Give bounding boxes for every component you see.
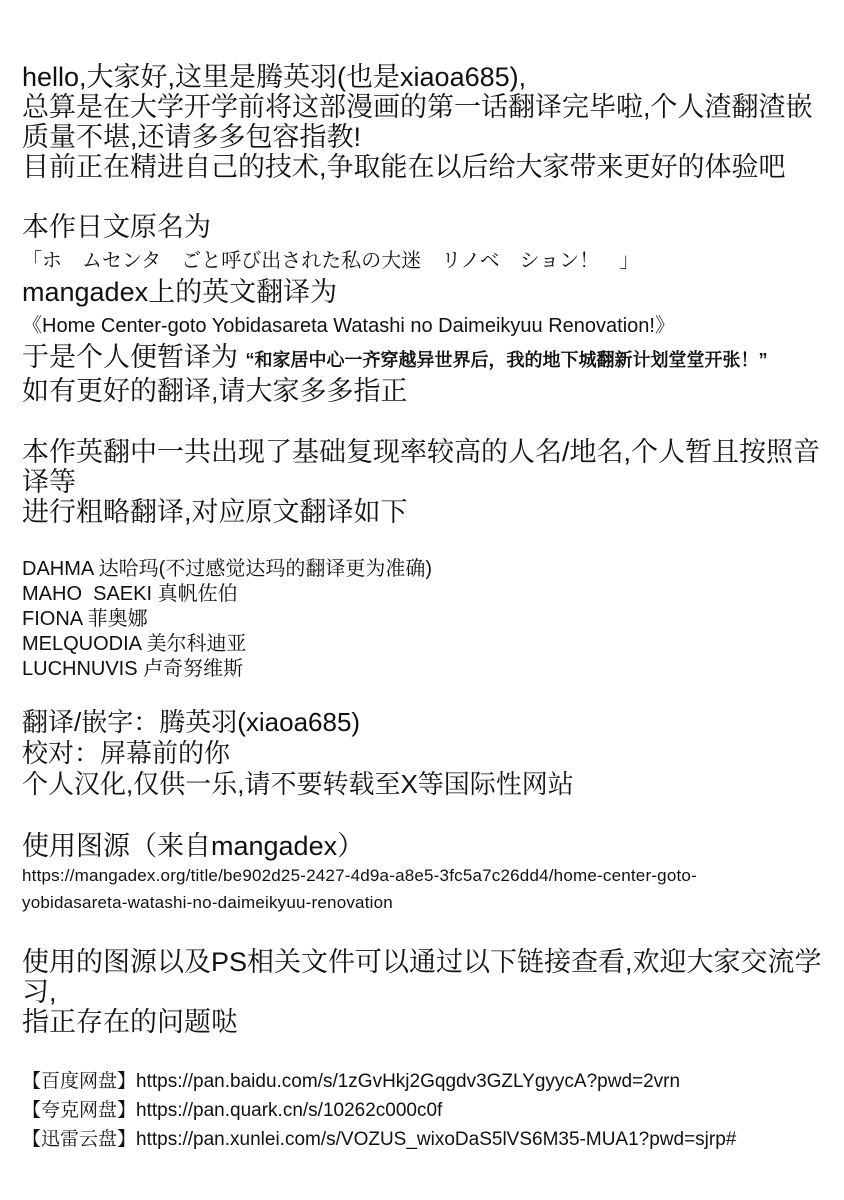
name-entry: MAHO SAEKI 真帆佐伯 bbox=[22, 582, 826, 607]
mangadex-url-line1: https://mangadex.org/title/be902d25-2427… bbox=[22, 862, 826, 889]
share-link-baidu: 【百度网盘】https://pan.baidu.com/s/1zGvHkj2Gq… bbox=[22, 1067, 826, 1096]
share-intro-line: 使用的图源以及PS相关文件可以通过以下链接查看,欢迎大家交流学习, bbox=[22, 947, 826, 1007]
cn-title: “和家居中心一齐穿越异世界后，我的地下城翻新计划堂堂开张！” bbox=[246, 350, 768, 370]
names-list: DAHMA 达哈玛(不过感觉达玛的翻译更为准确) MAHO SAEKI 真帆佐伯… bbox=[22, 557, 826, 682]
original-title-section: 本作日文原名为 「ホ ムセンタ ごと呼び出された私の大迷 リノベ ション！ 」 … bbox=[22, 212, 826, 407]
image-source-section: 使用图源（来自mangadex） https://mangadex.org/ti… bbox=[22, 831, 826, 916]
share-link-url: https://pan.baidu.com/s/1zGvHkj2Gqgdv3GZ… bbox=[136, 1071, 680, 1092]
image-source-label: 使用图源（来自mangadex） bbox=[22, 831, 826, 862]
share-link-label: 【百度网盘】 bbox=[22, 1071, 136, 1092]
share-section: 使用的图源以及PS相关文件可以通过以下链接查看,欢迎大家交流学习, 指正存在的问… bbox=[22, 947, 826, 1037]
share-link-url: https://pan.xunlei.com/s/VOZUS_wixoDaS5l… bbox=[136, 1129, 736, 1150]
share-link-label: 【迅雷云盘】 bbox=[22, 1129, 136, 1150]
mangadex-url-line2: yobidasareta-watashi-no-daimeikyuu-renov… bbox=[22, 889, 826, 916]
names-intro-line: 本作英翻中一共出现了基础复现率较高的人名/地名,个人暂且按照音译等 bbox=[22, 437, 826, 497]
jp-title: 「ホ ムセンタ ごと呼び出された私の大迷 リノベ ション！ 」 bbox=[22, 250, 639, 272]
share-link-quark: 【夸克网盘】https://pan.quark.cn/s/10262c000c0… bbox=[22, 1096, 826, 1125]
share-link-label: 【夸克网盘】 bbox=[22, 1100, 136, 1121]
intro-line: 质量不堪,还请多多包容指教! bbox=[22, 122, 826, 152]
credit-proofreader: 校对：屏幕前的你 bbox=[22, 738, 826, 769]
translator-notes-page: hello,大家好,这里是腾英羽(也是xiaoa685), 总算是在大学开学前将… bbox=[0, 0, 844, 1200]
cn-title-note: 如有更好的翻译,请大家多多指正 bbox=[22, 376, 826, 407]
en-title: 《Home Center-goto Yobidasareta Watashi n… bbox=[22, 315, 675, 337]
intro-line: hello,大家好,这里是腾英羽(也是xiaoa685), bbox=[22, 62, 826, 92]
jp-title-label: 本作日文原名为 bbox=[22, 212, 826, 243]
name-entry: MELQUODIA 美尔科迪亚 bbox=[22, 632, 826, 657]
intro-line: 总算是在大学开学前将这部漫画的第一话翻译完毕啦,个人渣翻渣嵌 bbox=[22, 92, 826, 122]
share-link-xunlei: 【迅雷云盘】https://pan.xunlei.com/s/VOZUS_wix… bbox=[22, 1125, 826, 1154]
names-intro-line: 进行粗略翻译,对应原文翻译如下 bbox=[22, 497, 826, 527]
en-title-label: mangadex上的英文翻译为 bbox=[22, 277, 826, 308]
name-entry: LUCHNUVIS 卢奇努维斯 bbox=[22, 657, 826, 682]
name-entry: FIONA 菲奥娜 bbox=[22, 607, 826, 632]
cn-title-label: 于是个人便暂译为 bbox=[22, 342, 246, 372]
names-section: 本作英翻中一共出现了基础复现率较高的人名/地名,个人暂且按照音译等 进行粗略翻译… bbox=[22, 437, 826, 527]
credit-notice: 个人汉化,仅供一乐,请不要转载至X等国际性网站 bbox=[22, 769, 826, 800]
credits-section: 翻译/嵌字：腾英羽(xiaoa685) 校对：屏幕前的你 个人汉化,仅供一乐,请… bbox=[22, 707, 826, 800]
intro-paragraph: hello,大家好,这里是腾英羽(也是xiaoa685), 总算是在大学开学前将… bbox=[22, 62, 826, 182]
share-intro-line: 指正存在的问题哒 bbox=[22, 1007, 826, 1037]
credit-translator: 翻译/嵌字：腾英羽(xiaoa685) bbox=[22, 707, 826, 738]
share-link-url: https://pan.quark.cn/s/10262c000c0f bbox=[136, 1100, 442, 1121]
intro-line: 目前正在精进自己的技术,争取能在以后给大家带来更好的体验吧 bbox=[22, 152, 826, 182]
share-links-list: 【百度网盘】https://pan.baidu.com/s/1zGvHkj2Gq… bbox=[22, 1067, 826, 1154]
name-entry: DAHMA 达哈玛(不过感觉达玛的翻译更为准确) bbox=[22, 557, 826, 582]
